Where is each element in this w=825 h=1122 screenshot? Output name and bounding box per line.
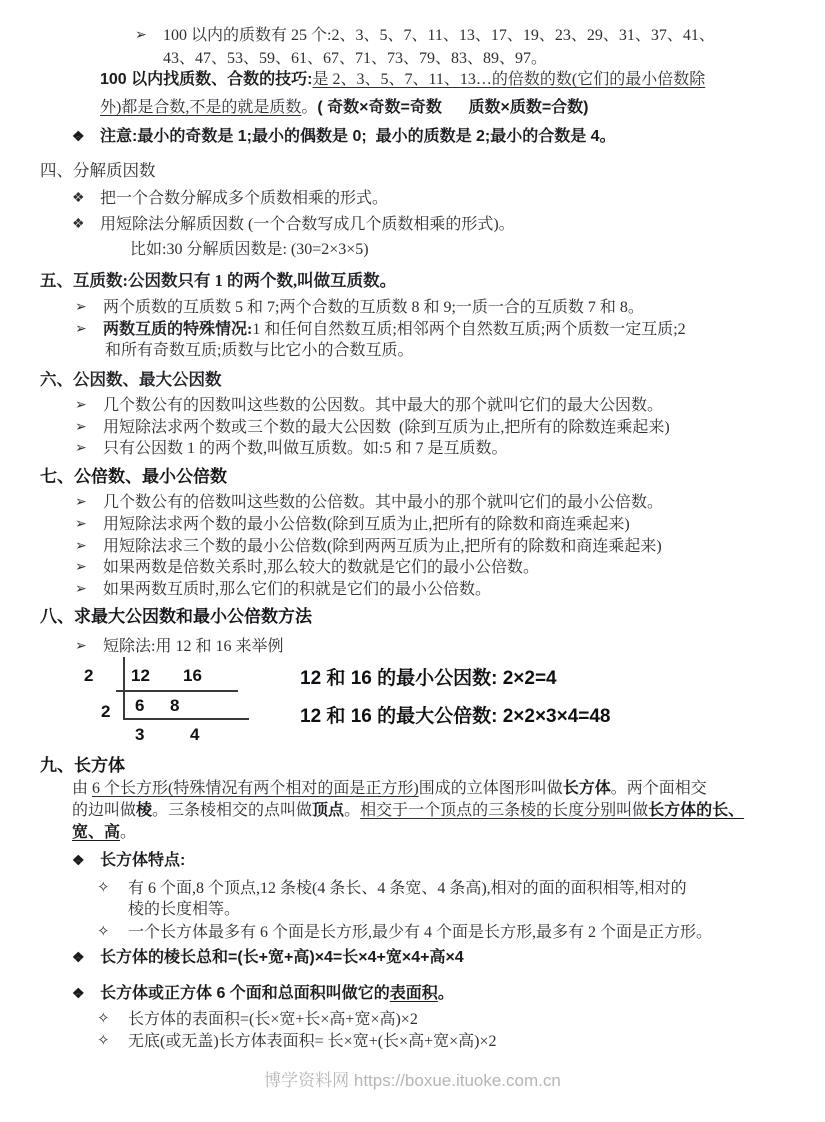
cuboid-p1-a: 由 [72,780,92,797]
section-5-heading: 五、互质数:公因数只有 1 的两个数,叫做互质数。 [40,270,825,291]
diamond-bullet-icon: ❖ [72,188,100,209]
arrow-bullet-icon: ➢ [75,319,103,340]
cuboid-p2-c: 。三条棱相交的点叫做 [152,802,312,819]
section-7-bullet-5: ➢ 如果两数互质时,那么它们的积就是它们的最小公倍数。 [75,579,825,600]
tip-label: 100 以内找质数、合数的技巧: [100,69,312,91]
cuboid-feature-1-cont: 棱的长度相等。 [128,899,825,920]
section-6-bullet-2: ➢ 用短除法求两个数或三个数的最大公因数 (除到互质为止,把所有的除数连乘起来) [75,417,825,438]
section-5-bullet-2: ➢ 两数互质的特殊情况:1 和任何自然数互质;相邻两个自然数互质;两个质数一定互… [75,319,825,340]
section-5-bullet-2-cont: 和所有奇数互质;质数与比它小的合数互质。 [105,340,825,361]
division-dividend-12: 12 [131,667,150,685]
arrow-bullet-icon: ➢ [75,636,103,657]
division-vertical-line-1 [123,657,125,690]
cuboid-p1-e: 。两个面相交 [611,780,707,797]
section-6-bullet-3-text: 只有公因数 1 的两个数,叫做互质数。如:5 和 7 是互质数。 [103,438,507,459]
arrow-bullet-icon: ➢ [75,492,103,513]
cuboid-p2-bold-underlined: 长方体的长、 [648,802,744,819]
cuboid-p2-bold-edge: 棱 [136,802,152,819]
section-7-heading: 七、公倍数、最小公倍数 [40,466,825,487]
cuboid-p3-bold-underlined: 宽、高 [72,824,120,841]
section-7-bullet-2-text: 用短除法求两个数的最小公倍数(除到互质为止,把所有的除数和商连乘起来) [103,514,630,535]
section-4-bullet-2: ❖ 用短除法分解质因数 (一个合数写成几个质数相乘的形式)。 [72,214,825,235]
document-page: ➢ 100 以内的质数有 25 个:2、3、5、7、11、13、17、19、23… [0,0,825,1122]
section-9-title: 九、长方体 [40,755,125,776]
section-7-bullet-3-text: 用短除法求三个数的最小公倍数(除到两两互质为止,把所有的除数和商连乘起来) [103,536,662,557]
arrow-bullet-icon: ➢ [75,438,103,459]
section-7-bullet-5-text: 如果两数互质时,那么它们的积就是它们的最小公倍数。 [103,579,491,600]
cuboid-feature-2-text: 一个长方体最多有 6 个面是长方形,最少有 4 个面是长方形,最多有 2 个面是… [128,922,712,943]
section-5-bullet-1-text: 两个质数的互质数 5 和 7;两个合数的互质数 8 和 9;一质一合的互质数 7… [103,297,644,318]
section-4-bullet-1-text: 把一个合数分解成多个质数相乘的形式。 [100,188,388,209]
edge-sum-line: ❖ 长方体的棱长总和=(长+宽+高)×4=长×4+宽×4+高×4 [72,947,825,968]
section-7-bullet-1: ➢ 几个数公有的倍数叫这些数的公倍数。其中最小的那个就叫它们的最小公倍数。 [75,492,825,513]
section-4-bullet-2-text: 用短除法分解质因数 (一个合数写成几个质数相乘的形式)。 [100,214,515,235]
arrow-bullet-icon: ➢ [75,297,103,318]
primes-line-1: ➢ 100 以内的质数有 25 个:2、3、5、7、11、13、17、19、23… [135,25,825,46]
section-8-bullet-1: ➢ 短除法:用 12 和 16 来举例 [75,636,825,657]
cuboid-features-heading: ❖ 长方体特点: [72,850,825,871]
tip-line-2: 外)都是合数,不是的就是质数。( 奇数×奇数=奇数 质数×质数=合数) [100,97,825,119]
edge-sum-formula: 长方体的棱长总和=(长+宽+高)×4=长×4+宽×4+高×4 [100,947,464,968]
division-horizontal-line-2 [123,718,249,720]
section-6-bullet-2-text: 用短除法求两个数或三个数的最大公因数 (除到互质为止,把所有的除数连乘起来) [103,417,670,438]
diamond-bullet-icon: ❖ [72,126,100,147]
cuboid-feature-2: ✧ 一个长方体最多有 6 个面是长方形,最少有 4 个面是长方形,最多有 2 个… [97,922,825,943]
primes-text-1: 100 以内的质数有 25 个:2、3、5、7、11、13、17、19、23、2… [163,25,715,46]
tip-line-1: 100 以内找质数、合数的技巧:是 2、3、5、7、11、13…的倍数的数(它们… [100,69,825,91]
section-6-bullet-3: ➢ 只有公因数 1 的两个数,叫做互质数。如:5 和 7 是互质数。 [75,438,825,459]
section-5-bullet-2-line2: 和所有奇数互质;质数与比它小的合数互质。 [105,340,413,361]
short-division-diagram: 2 12 16 6 8 2 3 4 12 和 16 的最小公因数: 2×2=4 … [0,657,825,755]
division-result-4: 4 [190,726,199,744]
section-7-bullet-4: ➢ 如果两数是倍数关系时,那么较大的数就是它们的最小公倍数。 [75,557,825,578]
surface-area-pre: 长方体或正方体 6 个面和总面积叫做它的 [100,985,390,1002]
section-8-bullet-1-text: 短除法:用 12 和 16 来举例 [103,636,283,657]
arrow-bullet-icon: ➢ [75,395,103,416]
arrow-bullet-icon: ➢ [75,536,103,557]
cuboid-paragraph-line-1: 由 6 个长方形(特殊情况有两个相对的面是正方形)围成的立体图形叫做长方体。两个… [72,778,825,800]
cuboid-p2-underlined: 相交于一个顶点的三条棱的长度分别叫做 [360,802,648,819]
cuboid-p1-bold: 长方体 [563,780,611,797]
cuboid-p3-period: 。 [120,824,136,841]
cuboid-p2-a: 的边叫做 [72,802,136,819]
primes-line-2: 43、47、53、59、61、67、71、73、79、83、89、97。 [163,48,825,69]
cuboid-p2-bold-vertex: 顶点 [312,802,344,819]
division-dividend-16: 16 [183,667,202,685]
surface-area-heading: ❖ 长方体或正方体 6 个面和总面积叫做它的表面积。 [72,983,825,1004]
section-6-title: 六、公因数、最大公因数 [40,369,222,390]
division-divisor-2: 2 [101,703,110,721]
surface-formula-1-text: 长方体的表面积=(长×宽+长×高+宽×高)×2 [128,1009,418,1030]
small-diamond-bullet-icon: ✧ [97,922,128,943]
diamond-bullet-icon: ❖ [72,947,100,968]
note-text: 注意:最小的奇数是 1;最小的偶数是 0; 最小的质数是 2;最小的合数是 4。 [100,126,616,147]
section-4-example: 比如:30 分解质因数是: (30=2×3×5) [130,239,825,260]
surface-formula-2: ✧ 无底(或无盖)长方体表面积= 长×宽+(长×高+宽×高)×2 [97,1031,825,1052]
diamond-bullet-icon: ❖ [72,214,100,235]
surface-area-post: 。 [438,985,454,1002]
division-quotient-6: 6 [135,697,144,715]
section-4-title: 四、分解质因数 [40,160,156,181]
section-4-heading: 四、分解质因数 [40,160,825,181]
small-diamond-bullet-icon: ✧ [97,878,128,899]
division-quotient-8: 8 [170,697,179,715]
small-diamond-bullet-icon: ✧ [97,1009,128,1030]
section-6-bullet-1: ➢ 几个数公有的因数叫这些数的公因数。其中最大的那个就叫它们的最大公因数。 [75,395,825,416]
cuboid-feature-1-text: 有 6 个面,8 个顶点,12 条棱(4 条长、4 条宽、4 条高),相对的面的… [128,878,687,899]
diamond-bullet-icon: ❖ [72,850,100,871]
footer-site-text: 博学资料网 https://boxue.ituoke.com.cn [264,1071,561,1090]
division-divisor-1: 2 [84,667,93,685]
diamond-bullet-icon: ❖ [72,983,100,1004]
section-4-bullet-1: ❖ 把一个合数分解成多个质数相乘的形式。 [72,188,825,209]
primes-text-2: 43、47、53、59、61、67、71、73、79、83、89、97。 [163,48,547,69]
section-4-example-text: 比如:30 分解质因数是: (30=2×3×5) [130,239,369,260]
section-5-bullet-2-rest: 1 和任何自然数互质;相邻两个自然数互质;两个质数一定互质;2 [252,321,685,338]
tip-period: 。 [301,97,317,119]
cuboid-p1-underlined: 6 个长方形(特殊情况有两个相对的面是正方形) [92,780,419,797]
section-7-bullet-1-text: 几个数公有的倍数叫这些数的公倍数。其中最小的那个就叫它们的最小公倍数。 [103,492,663,513]
section-7-bullet-2: ➢ 用短除法求两个数的最小公倍数(除到互质为止,把所有的除数和商连乘起来) [75,514,825,535]
section-6-heading: 六、公因数、最大公因数 [40,369,825,390]
section-5-bullet-1: ➢ 两个质数的互质数 5 和 7;两个合数的互质数 8 和 9;一质一合的互质数… [75,297,825,318]
tip-underlined-1: 是 2、3、5、7、11、13…的倍数的数(它们的最小倍数除 [312,69,705,91]
division-vertical-line-2 [123,690,125,718]
division-horizontal-line-1 [116,690,238,692]
tip-formula: ( 奇数×奇数=奇数 质数×质数=合数) [317,97,588,119]
cuboid-paragraph-line-2: 的边叫做棱。三条棱相交的点叫做顶点。相交于一个顶点的三条棱的长度分别叫做长方体的… [72,800,825,822]
cuboid-p1-c: 围成的立体图形叫做 [419,780,563,797]
note-line: ❖ 注意:最小的奇数是 1;最小的偶数是 0; 最小的质数是 2;最小的合数是 … [72,126,825,147]
section-7-title: 七、公倍数、最小公倍数 [40,466,227,487]
section-5-title: 五、互质数:公因数只有 1 的两个数,叫做互质数。 [40,270,396,291]
arrow-bullet-icon: ➢ [75,417,103,438]
section-7-bullet-4-text: 如果两数是倍数关系时,那么较大的数就是它们的最小公倍数。 [103,557,539,578]
cuboid-feature-1: ✧ 有 6 个面,8 个顶点,12 条棱(4 条长、4 条宽、4 条高),相对的… [97,878,825,899]
lcm-result-text: 12 和 16 的最大公倍数: 2×2×3×4=48 [300,705,611,729]
tip-underlined-2: 外)都是合数,不是的就是质数 [100,97,301,119]
surface-formula-2-text: 无底(或无盖)长方体表面积= 长×宽+(长×高+宽×高)×2 [128,1031,496,1052]
section-8-heading: 八、求最大公因数和最小公倍数方法 [40,606,825,627]
cuboid-p2-e: 。 [344,802,360,819]
cuboid-features-title: 长方体特点: [100,850,185,871]
section-9-heading: 九、长方体 [40,755,825,776]
arrow-bullet-icon: ➢ [75,514,103,535]
surface-formula-1: ✧ 长方体的表面积=(长×宽+长×高+宽×高)×2 [97,1009,825,1030]
footer-watermark: 博学资料网 https://boxue.ituoke.com.cn [0,1070,825,1091]
cuboid-paragraph-line-3: 宽、高。 [72,822,825,844]
section-7-bullet-3: ➢ 用短除法求三个数的最小公倍数(除到两两互质为止,把所有的除数和商连乘起来) [75,536,825,557]
arrow-bullet-icon: ➢ [135,25,163,46]
arrow-bullet-icon: ➢ [75,579,103,600]
section-5-bullet-2-bold: 两数互质的特殊情况: [103,321,252,338]
section-8-title: 八、求最大公因数和最小公倍数方法 [40,606,312,627]
cuboid-feature-1-line2: 棱的长度相等。 [128,899,240,920]
section-6-bullet-1-text: 几个数公有的因数叫这些数的公因数。其中最大的那个就叫它们的最大公因数。 [103,395,663,416]
gcd-result-text: 12 和 16 的最小公因数: 2×2=4 [300,667,557,691]
division-result-3: 3 [135,726,144,744]
arrow-bullet-icon: ➢ [75,557,103,578]
surface-area-underlined: 表面积 [390,985,438,1002]
small-diamond-bullet-icon: ✧ [97,1031,128,1052]
